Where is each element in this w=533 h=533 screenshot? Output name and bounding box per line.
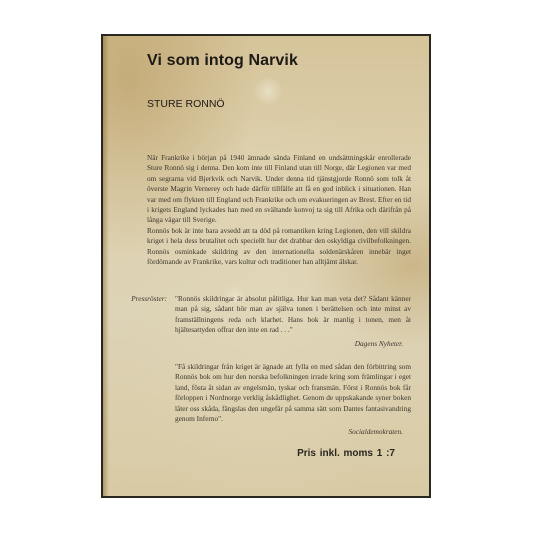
book-title: Vi som intog Narvik: [147, 52, 298, 70]
price-label: Pris inkl. moms 1 :7: [297, 448, 395, 459]
press-quote: "Få skildringar från kriget är ägnade at…: [175, 362, 411, 438]
book-description: När Frankrike i början på 1940 ämnade sä…: [147, 153, 411, 267]
quote-source: Socialdemokraten.: [175, 427, 411, 437]
book-author: STURE RONNÖ: [147, 98, 225, 110]
quote-text: "Ronnös skildringar är absolut pålitliga…: [175, 294, 411, 336]
book-back-cover: Vi som intog Narvik STURE RONNÖ När Fran…: [101, 34, 431, 498]
paper-stain: [253, 76, 283, 106]
press-quote: "Ronnös skildringar är absolut pålitliga…: [175, 294, 411, 349]
quote-text: "Få skildringar från kriget är ägnade at…: [175, 362, 411, 424]
quote-source: Dagens Nyheter.: [175, 339, 411, 349]
description-paragraph: När Frankrike i början på 1940 ämnade sä…: [147, 153, 411, 226]
press-label: Pressröster:: [117, 294, 167, 304]
description-paragraph: Ronnös bok är inte bara avsedd att ta dö…: [147, 226, 411, 268]
